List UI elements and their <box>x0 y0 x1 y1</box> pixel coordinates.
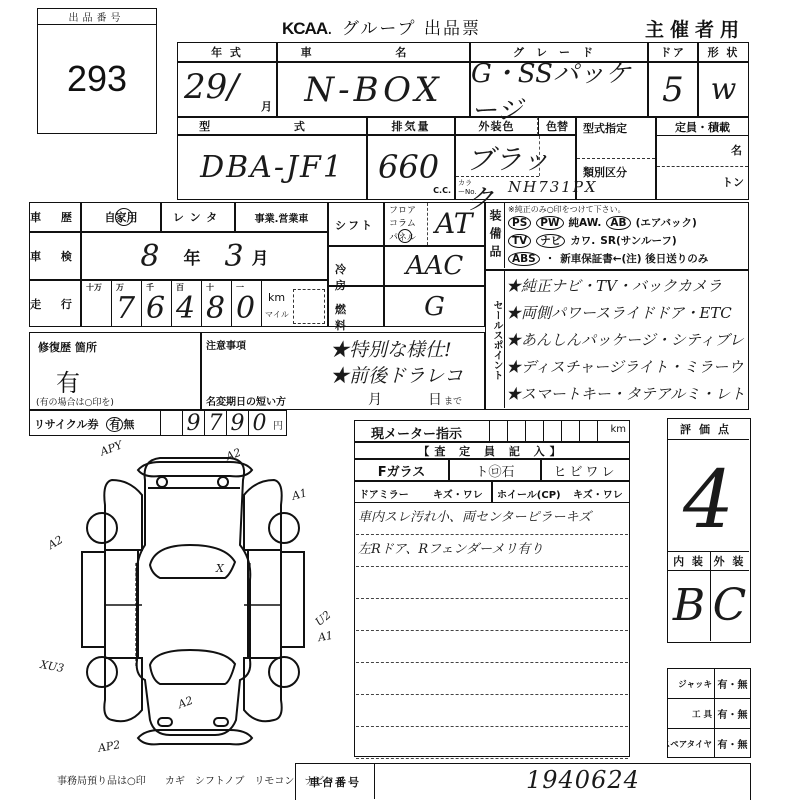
doors-cell: 5 <box>648 62 698 117</box>
accessory-label: スペアタイヤ <box>668 729 715 758</box>
shape-value: W <box>711 72 737 107</box>
equipment-label: 装備品 <box>486 203 505 268</box>
car-damage-diagram: APYA2A1A2U2A1XU3A2AP2X <box>30 440 360 760</box>
repair-label: 修復歴 箇所 <box>38 339 97 355</box>
recycle-unit: 円 <box>273 417 283 432</box>
recycle-digit: 9 <box>182 411 204 435</box>
meter-digit-box[interactable] <box>489 421 507 441</box>
capacity-tons-unit: トン <box>722 174 744 190</box>
grade-cell: G・SSパッケージ <box>470 62 648 117</box>
shape-header: 形 状 <box>698 42 749 62</box>
grade-value: G・SSパッケージ <box>471 53 647 127</box>
recycle-digit: 0 <box>248 411 270 435</box>
meter-digit-box[interactable] <box>525 421 543 441</box>
meter-digit-boxes <box>489 421 615 441</box>
color-no-label: カラーNo. <box>458 179 478 197</box>
office-items-label: 事務局預り品は○印 <box>57 776 146 787</box>
sales-points-label: セールスポイント <box>486 271 505 408</box>
name-cell: N-BOX <box>277 62 470 117</box>
wheel-cell: ホイール(CP) キズ・ワレ <box>492 481 630 503</box>
inspector-header: 【査 定 員 記 入】 <box>354 442 630 459</box>
office-item[interactable]: カギ <box>165 776 185 787</box>
accessories-box: ジャッキ有・無工 具有・無スペアタイヤ有・無 <box>667 668 751 758</box>
recycle-digits: 9790 <box>160 411 270 435</box>
equipment-item[interactable]: ・ <box>545 253 556 265</box>
note-item-1: ★特別な様仕! <box>330 335 452 362</box>
remark-line <box>356 695 628 727</box>
aircon-label: 冷 房 <box>328 246 384 286</box>
interior-label: 内 装 <box>668 551 711 571</box>
color-cell: ブラック カラーNo. NH731PX <box>455 135 576 200</box>
fuel-cell: G <box>384 286 485 327</box>
doors-header: ドア <box>648 42 698 62</box>
notes-day-unit: 日 <box>428 389 442 409</box>
accessory-options[interactable]: 有・無 <box>715 699 750 728</box>
office-item[interactable]: リモコン <box>254 776 294 787</box>
meter-label: 現メーター指示 <box>371 423 462 442</box>
shift-floor: フロア <box>389 203 416 216</box>
history-business[interactable]: 事業.営業車 <box>235 202 328 232</box>
recycle-no[interactable]: 無 <box>123 418 134 431</box>
category-label: 類別区分 <box>583 164 627 180</box>
meter-row: 現メーター指示 km <box>354 420 630 442</box>
remark-line <box>356 663 628 695</box>
inspection-label: 車 検 <box>29 232 81 280</box>
repair-note: (有の場合は○印を) <box>36 395 114 408</box>
name-header: 車 名 <box>277 42 470 62</box>
capacity-label: 定員・積載 <box>657 118 748 136</box>
accessory-options[interactable]: 有・無 <box>715 669 750 698</box>
history-option-business: 事業.営業車 <box>255 210 309 225</box>
notes-label: 注意事項 <box>206 337 246 352</box>
capacity-cell: 定員・積載 名 トン <box>656 117 749 200</box>
mileage-digit: 一0 <box>232 281 262 326</box>
meter-digit-box[interactable] <box>543 421 561 441</box>
accessory-label: 工 具 <box>668 699 715 728</box>
inspection-year-unit: 年 <box>184 244 201 269</box>
brand-logo: KCAA <box>282 19 327 38</box>
rating-box: 評価点 4 内 装 外 装 B C <box>667 418 751 643</box>
sales-point-item: ★スマートキー・タテアルミ・レトロヒーター <box>506 381 746 408</box>
inspection-month-unit: 月 <box>252 244 269 269</box>
mirror-options[interactable]: キズ・ワレ <box>433 486 483 501</box>
mileage-digit: 十8 <box>202 281 232 326</box>
displacement-header: 排気量 <box>367 117 455 135</box>
equipment-item[interactable]: AB <box>606 216 630 230</box>
equipment-row: TVナビカワ.SR(サンルーフ) <box>508 232 746 250</box>
meter-digit-box[interactable] <box>561 421 579 441</box>
recycle-yes[interactable]: 有 <box>106 417 123 432</box>
accessory-row: ジャッキ有・無 <box>668 669 750 699</box>
sales-points-box: セールスポイント ★純正ナビ・TV・バックカメラ★両側パワースライドドア・ETC… <box>485 270 749 410</box>
aircon-cell: AAC <box>384 246 485 286</box>
equipment-row: ABS・新車保証書←(注) 後日送りのみ <box>508 250 746 268</box>
rating-score: 4 <box>668 449 749 549</box>
fuel-label: 燃 料 <box>328 286 384 327</box>
equipment-item[interactable]: TV <box>508 234 531 248</box>
equipment-row: PSPW純AW.AB(エアバック) <box>508 214 746 232</box>
shift-column: コラム <box>389 216 416 229</box>
inspector-remarks: 車内スレ汚れ小、両センターピラーキズ左Rドア、Rフェンダーメリ有り <box>356 503 628 759</box>
mileage-digit: 千6 <box>142 281 172 326</box>
model-header: 型 式 <box>177 117 367 135</box>
repair-value: 有 <box>56 363 80 398</box>
title-text: . グループ 出品票 <box>327 19 481 39</box>
lot-number-value: 293 <box>67 58 127 100</box>
accessory-row: 工 具有・無 <box>668 699 750 729</box>
model-value: DBA-JF1 <box>200 150 344 185</box>
exterior-label: 外 装 <box>710 551 749 571</box>
color-change-header: 色替 <box>538 117 576 135</box>
equipment-item[interactable]: SR(サンルーフ) <box>600 235 676 247</box>
remark-line: 車内スレ汚れ小、両センターピラーキズ <box>356 503 628 535</box>
mileage-unit-km: km <box>268 291 285 304</box>
history-rental[interactable]: レンタ <box>161 202 235 232</box>
equipment-item[interactable]: ABS <box>508 252 540 266</box>
mileage-cell: 十万万7千6百4十8一0 km マイル <box>81 280 328 327</box>
model-cell: DBA-JF1 <box>177 135 367 200</box>
remark-line <box>356 599 628 631</box>
mileage-digit-label: 十万 <box>86 282 102 293</box>
mileage-label: 走 行 <box>29 280 81 327</box>
shape-cell: W <box>698 62 749 117</box>
equipment-item[interactable]: (エアバック) <box>636 217 697 229</box>
lot-number-label: 出品番号 <box>38 9 155 25</box>
car-outline-icon <box>30 440 360 760</box>
damage-mark: A1 <box>317 629 334 644</box>
history-private[interactable]: 自家用 <box>81 202 161 232</box>
mileage-digit: 万7 <box>112 281 142 326</box>
inspection-year: 8 <box>140 239 159 274</box>
sales-points-list: ★純正ナビ・TV・バックカメラ★両側パワースライドドア・ETC★あんしんパッケー… <box>506 273 746 408</box>
color-header: 外装色 <box>455 117 538 135</box>
meter-digit-box[interactable] <box>507 421 525 441</box>
sales-point-item: ★あんしんパッケージ・シティブレーキ <box>506 327 746 354</box>
mileage-digit-value: 0 <box>236 291 255 326</box>
car-name-value: N-BOX <box>304 70 442 110</box>
copy-type: 主催者用 <box>645 15 745 42</box>
mirror-label: ドアミラー <box>359 486 409 501</box>
mileage-digit-value: 4 <box>176 291 195 326</box>
month-unit: 月 <box>261 98 272 114</box>
equipment-box: 装備品 ※純正のみ○印をつけて下さい。 PSPW純AW.AB(エアバック)TVナ… <box>485 202 749 270</box>
notes-until: まで <box>444 394 462 407</box>
aircon-value: AAC <box>406 251 463 281</box>
accessory-row: スペアタイヤ有・無 <box>668 729 750 758</box>
type-designation-label: 型式指定 <box>583 120 627 136</box>
remark-line <box>356 727 628 759</box>
recycle-label: リサイクル券 有無 <box>34 416 134 432</box>
mileage-digits: 十万万7千6百4十8一0 <box>82 281 262 326</box>
name-change-label: 名変期日の短い方 <box>206 393 286 408</box>
inspection-month: 3 <box>225 239 244 274</box>
type-designation-cell: 型式指定 類別区分 <box>576 117 656 200</box>
chassis-value: 1940624 <box>526 766 640 794</box>
fglass-options-1[interactable]: ト㋺石 <box>449 459 541 481</box>
equipment-item[interactable]: 純AW. <box>569 217 602 229</box>
mileage-digit-value: 8 <box>206 291 225 326</box>
remark-line <box>356 631 628 663</box>
fuel-value: G <box>424 292 445 322</box>
accessory-options[interactable]: 有・無 <box>715 729 750 758</box>
note-item-2: ★前後ドラレコ <box>330 361 463 388</box>
sales-point-item: ★純正ナビ・TV・バックカメラ <box>506 273 746 300</box>
lot-number: 293 <box>37 24 157 134</box>
mirror-cell: ドアミラー キズ・ワレ <box>354 481 492 503</box>
recycle-digit: 9 <box>226 411 248 435</box>
shift-label: シフト <box>328 202 384 246</box>
office-item[interactable]: シフトノブ <box>195 776 244 787</box>
recycle-label-text: リサイクル券 <box>34 418 98 431</box>
shift-value: AT <box>435 207 472 240</box>
equipment-item[interactable]: カワ. <box>570 235 595 247</box>
damage-mark: X <box>216 562 224 575</box>
displacement-value: 660 <box>378 148 439 186</box>
displacement-cell: 660 C.C. <box>367 135 455 200</box>
repair-cell: 修復歴 箇所 有 (有の場合は○印を) <box>29 332 201 410</box>
mileage-digit-value: 7 <box>116 291 135 326</box>
doors-value: 5 <box>662 70 684 110</box>
wheel-label: ホイール(CP) <box>497 486 561 501</box>
history-option-rental: レンタ <box>173 209 223 225</box>
fglass-options-2[interactable]: ヒビワレ <box>541 459 630 481</box>
mileage-digit: 十万 <box>82 281 112 326</box>
equipment-item[interactable]: 新車保証書←(注) 後日送りのみ <box>560 253 708 265</box>
chassis-label: 車台番号 <box>296 764 375 799</box>
exterior-value: C <box>710 569 749 641</box>
sales-point-item: ★両側パワースライドドア・ETC <box>506 300 746 327</box>
interior-value: B <box>668 569 711 641</box>
history-label: 車 歴 <box>29 202 81 232</box>
sales-point-item: ★ディスチャージライト・ミラーウィンカー <box>506 354 746 381</box>
mileage-digit: 百4 <box>172 281 202 326</box>
rating-label: 評価点 <box>668 419 749 440</box>
year-value: 29/ <box>184 67 239 107</box>
year-cell: 29/ 月 <box>177 62 277 117</box>
equipment-item[interactable]: ナビ <box>536 234 565 248</box>
equipment-item[interactable]: PW <box>536 216 563 230</box>
accessory-label: ジャッキ <box>668 669 715 698</box>
chassis-row: 車台番号 1940624 <box>295 763 751 800</box>
equipment-item[interactable]: PS <box>508 216 531 230</box>
displacement-unit: C.C. <box>433 186 451 195</box>
capacity-persons-unit: 名 <box>731 142 744 158</box>
mileage-digit-value: 6 <box>146 291 165 326</box>
inspection-cell: 8 年 3 月 <box>81 232 328 280</box>
remark-line <box>356 567 628 599</box>
shift-cell: フロア コラム パネル AT <box>384 202 485 246</box>
notes-cell: 注意事項 ★特別な様仕! ★前後ドラレコ 名変期日の短い方 月 日 まで <box>201 332 485 410</box>
year-header: 年 式 <box>177 42 277 62</box>
wheel-options[interactable]: キズ・ワレ <box>573 486 623 501</box>
meter-digit-box[interactable] <box>579 421 597 441</box>
fglass-label: Fガラス <box>354 459 449 481</box>
recycle-row: リサイクル券 有無 9790 円 <box>29 410 287 436</box>
recycle-digit <box>160 411 182 435</box>
meter-unit: km <box>610 424 626 435</box>
mileage-unit-mile: マイル <box>265 309 289 320</box>
equipment-rows: PSPW純AW.AB(エアバック)TVナビカワ.SR(サンルーフ)ABS・新車保… <box>508 214 746 268</box>
remark-line: 左Rドア、Rフェンダーメリ有り <box>356 535 628 567</box>
notes-month-unit: 月 <box>368 389 382 409</box>
recycle-digit: 7 <box>204 411 226 435</box>
form-title: KCAA. グループ 出品票 <box>282 14 481 39</box>
